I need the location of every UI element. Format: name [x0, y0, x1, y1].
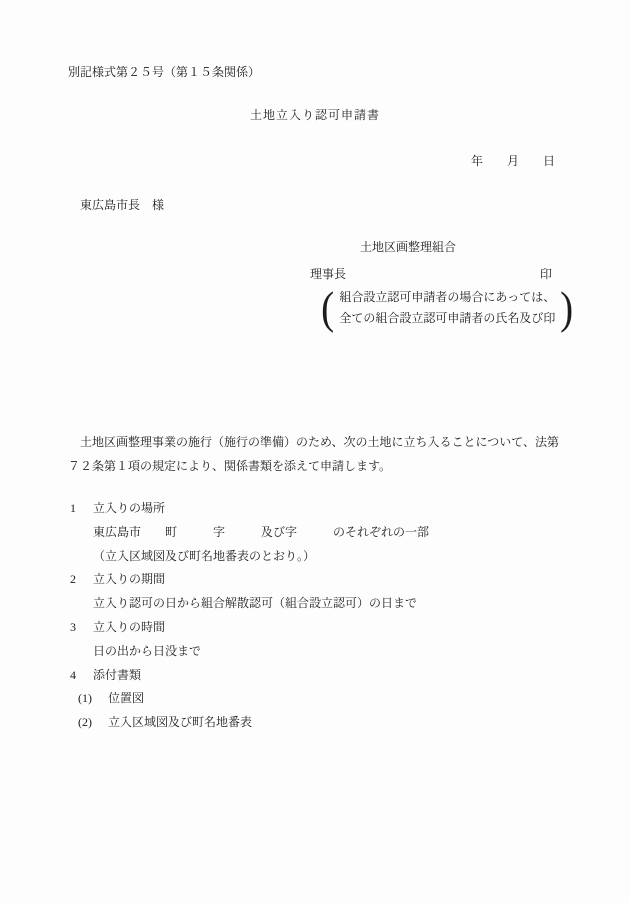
list-item-2-line-1: 立入り認可の日から組合解散認可（組合設立認可）の日まで — [93, 592, 562, 616]
applicant-note-lines: 組合設立認可申請者の場合にあっては、 全ての組合設立認可申請者の氏名及び印 — [339, 287, 555, 329]
list-item-4-sub-2: (2)立入区域図及び町名地番表 — [68, 711, 562, 735]
addressee: 東広島市長 様 — [80, 197, 562, 213]
document-title: 土地立入り認可申請書 — [68, 107, 562, 123]
applicant-role: 理事長 — [310, 266, 346, 282]
applicant-note-line-2: 全ての組合設立認可申請者の氏名及び印 — [339, 308, 555, 329]
list-item-2-number: 2 — [70, 568, 93, 592]
list-item-1-heading: 1立入りの場所 — [68, 497, 562, 521]
list-item-4-sub-1: (1)位置図 — [68, 687, 562, 711]
document-page: 別記様式第２５号（第１５条関係） 土地立入り認可申請書 年 月 日 東広島市長 … — [0, 0, 630, 903]
list-item-4-sub-1-text: 位置図 — [108, 691, 144, 705]
date-line: 年 月 日 — [68, 153, 555, 169]
applicant-role-line: 理事長 印 — [310, 266, 552, 282]
list-item-4-label: 添付書類 — [93, 668, 141, 682]
list-item-3-line-1: 日の出から日没まで — [93, 640, 562, 664]
large-paren-left-icon: ( — [321, 285, 334, 331]
body-paragraph: 土地区画整理事業の施行（施行の準備）のため、次の土地に立ち入ることについて、法第… — [68, 431, 562, 478]
list-item-2-heading: 2立入りの期間 — [68, 568, 562, 592]
applicant-note-line-1: 組合設立認可申請者の場合にあっては、 — [339, 287, 555, 308]
seal-label: 印 — [540, 266, 552, 282]
applicant-organization: 土地区画整理組合 — [360, 239, 562, 255]
large-paren-right-icon: ) — [560, 285, 573, 331]
list-item-1-number: 1 — [70, 497, 93, 521]
applicant-note: ( 組合設立認可申請者の場合にあっては、 全ての組合設立認可申請者の氏名及び印 … — [320, 285, 562, 331]
list-item-4-sub-1-number: (1) — [78, 687, 108, 711]
body-line-2: ７２条第１項の規定により、関係書類を添えて申請します。 — [68, 455, 562, 479]
list-item-4-number: 4 — [70, 664, 93, 688]
list-item-3-number: 3 — [70, 616, 93, 640]
list-item-1-line-2: （立入区域図及び町名地番表のとおり。） — [93, 545, 562, 569]
form-number: 別記様式第２５号（第１５条関係） — [68, 64, 562, 80]
list-item-3-heading: 3立入りの時間 — [68, 616, 562, 640]
conditions-list: 1立入りの場所 東広島市 町 字 及び字 のそれぞれの一部 （立入区域図及び町名… — [68, 497, 562, 735]
body-line-1: 土地区画整理事業の施行（施行の準備）のため、次の土地に立ち入ることについて、法第 — [68, 431, 562, 455]
list-item-4-sub-2-text: 立入区域図及び町名地番表 — [108, 715, 252, 729]
list-item-1-label: 立入りの場所 — [93, 501, 165, 515]
list-item-4-sub-2-number: (2) — [78, 711, 108, 735]
list-item-1-line-1: 東広島市 町 字 及び字 のそれぞれの一部 — [93, 521, 562, 545]
list-item-4-heading: 4添付書類 — [68, 664, 562, 688]
list-item-3-label: 立入りの時間 — [93, 620, 165, 634]
list-item-2-label: 立入りの期間 — [93, 572, 165, 586]
